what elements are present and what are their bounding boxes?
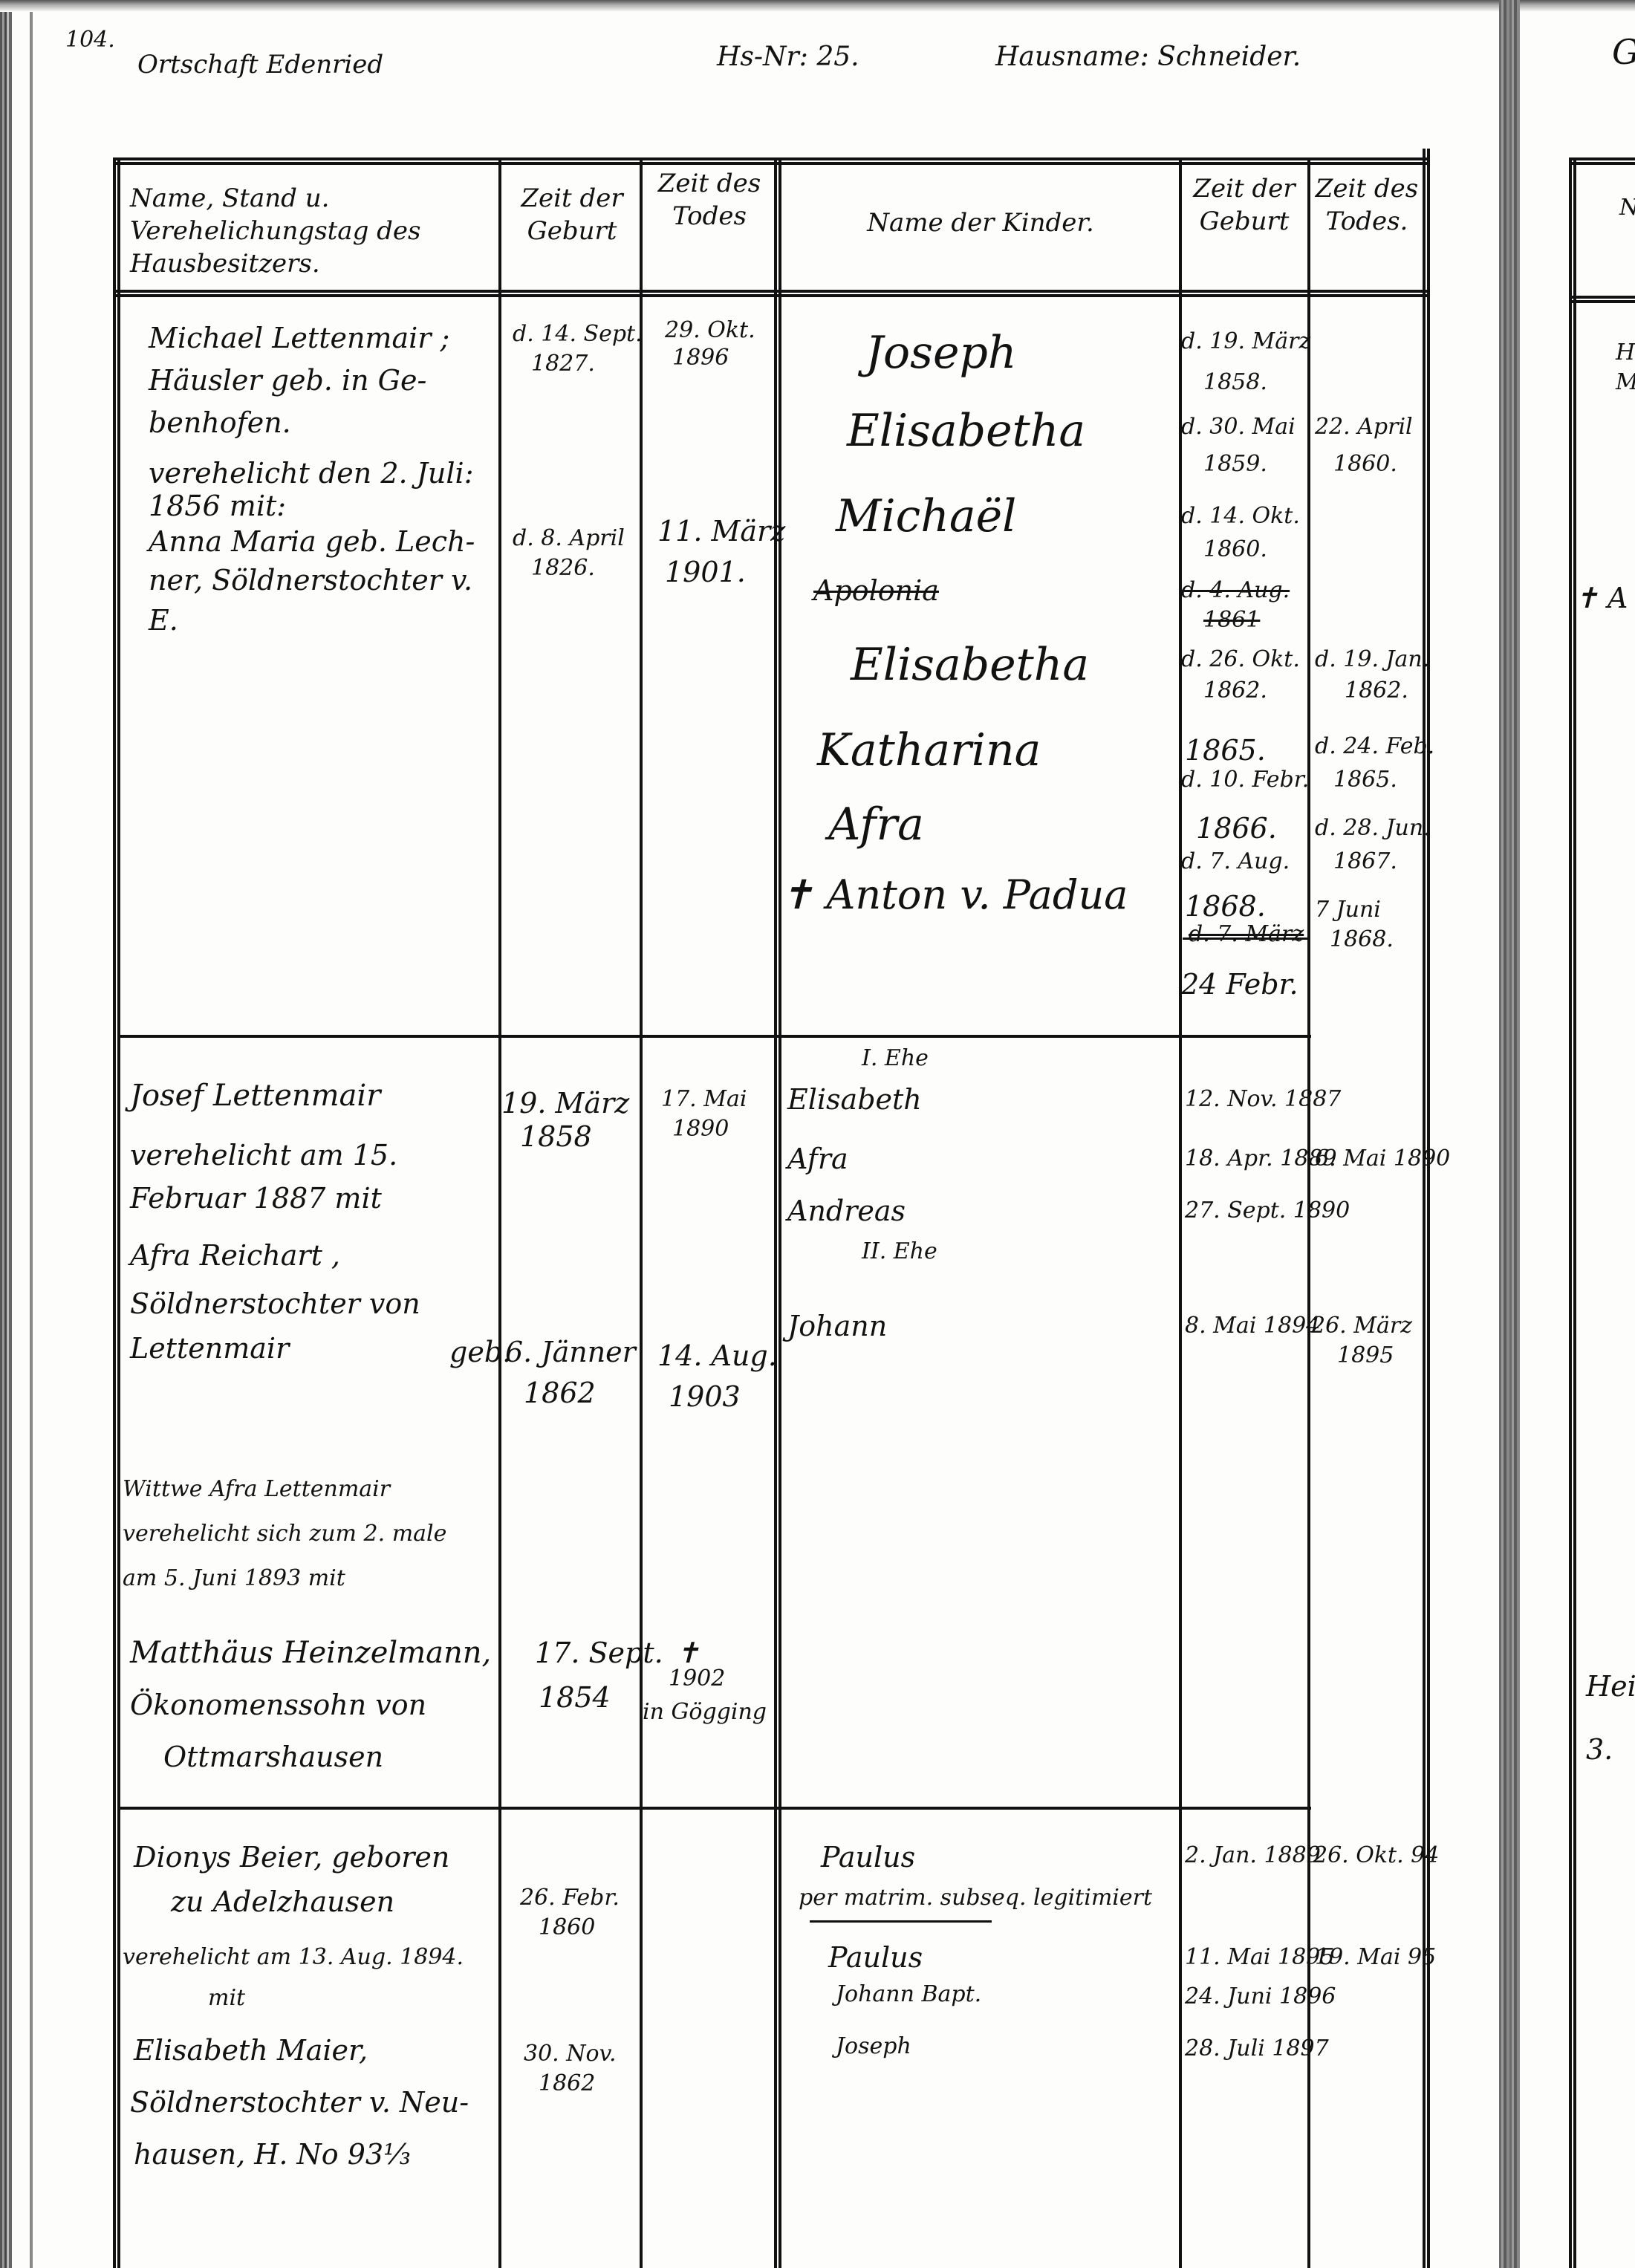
child-birth-year: 1865. bbox=[1185, 732, 1266, 769]
child-birth: 8. Mai 1894 bbox=[1185, 1311, 1320, 1341]
widow-line: verehelicht sich zum 2. male bbox=[123, 1519, 446, 1549]
child-name: Johann bbox=[787, 1307, 887, 1345]
marriage-label-1: I. Ehe bbox=[862, 1044, 929, 1073]
child-death: 6. Mai 1890 bbox=[1315, 1144, 1450, 1174]
child-name: Paulus bbox=[821, 1839, 915, 1876]
owner-death-year: 1890 bbox=[672, 1114, 729, 1144]
child-name-deceased: ✝ Anton v. Padua bbox=[780, 869, 1128, 921]
child-death: d. 19. Jan. bbox=[1315, 645, 1429, 675]
owner-line: zu Adelzhausen bbox=[171, 1883, 394, 1920]
spouse-birth-year: 1826. bbox=[531, 553, 595, 583]
spouse-death-year: 1901. bbox=[665, 553, 746, 591]
owner-line: verehelicht am 15. bbox=[130, 1137, 397, 1174]
spouse-line: Afra Reichart , bbox=[130, 1237, 340, 1274]
page-number: 104. bbox=[65, 25, 115, 55]
child-birth: d. 10. Febr. bbox=[1181, 765, 1309, 795]
child-death: 22. April bbox=[1315, 412, 1413, 442]
child-birth-year: 1859. bbox=[1203, 449, 1267, 479]
child-death-year: 1867. bbox=[1333, 847, 1397, 877]
owner-birth-year: 1860 bbox=[539, 1913, 595, 1943]
child-birth: 11. Mai 1895 bbox=[1185, 1943, 1334, 1972]
child-name-struck: Apolonia bbox=[813, 572, 939, 609]
header-owner-death: Zeit des Todes bbox=[654, 167, 765, 233]
col-line-3 bbox=[774, 157, 781, 2268]
child-name: Andreas bbox=[787, 1192, 906, 1229]
next-header-border bbox=[1572, 296, 1635, 303]
scan-top-shadow bbox=[0, 0, 1635, 12]
child-birth-year: 1862. bbox=[1203, 676, 1267, 706]
owner-birth: 26. Febr. bbox=[520, 1883, 620, 1913]
owner-line: Häusler geb. in Ge- bbox=[149, 362, 426, 399]
owner-line: mit bbox=[208, 1983, 245, 2013]
child-death-year: 1895 bbox=[1337, 1341, 1394, 1371]
house-name: Hausname: Schneider. bbox=[995, 39, 1301, 76]
widow-line: am 5. Juni 1893 mit bbox=[123, 1564, 345, 1593]
child-birth: 27. Sept. 1890 bbox=[1185, 1196, 1350, 1226]
spouse-birth-year: 1862 bbox=[524, 1374, 596, 1411]
child-birth-year: 1860. bbox=[1203, 535, 1267, 565]
owner-line: verehelicht am 13. Aug. 1894. bbox=[123, 1943, 464, 1972]
next-page-text: 3. bbox=[1586, 1731, 1613, 1768]
page-edge-line bbox=[30, 0, 33, 2268]
child-birth: d. 19. März bbox=[1181, 327, 1310, 357]
owner-death: 29. Okt. bbox=[665, 316, 755, 345]
owner-birth: 19. März bbox=[501, 1085, 629, 1122]
owner-line: Februar 1887 mit bbox=[130, 1180, 382, 1217]
child-birth-struck: d. 4. Aug. bbox=[1181, 576, 1290, 605]
child-birth: 2. Jan. 1889 bbox=[1185, 1841, 1321, 1871]
table-top-border bbox=[113, 157, 1430, 165]
locality: Ortschaft Edenried bbox=[137, 46, 383, 83]
child-name: Elisabeth bbox=[787, 1081, 922, 1118]
spouse-line: Söldnerstochter v. Neu- bbox=[130, 2084, 469, 2121]
next-page-text: Hein bbox=[1586, 1668, 1635, 1705]
owner-line: Dionys Beier, geboren bbox=[134, 1839, 449, 1876]
child-death-year: 1860. bbox=[1333, 449, 1397, 479]
col-line-4 bbox=[1179, 157, 1182, 2268]
second-husband-birth: 17. Sept. bbox=[535, 1634, 663, 1671]
widow-line: Wittwe Afra Lettenmair bbox=[123, 1475, 390, 1504]
child-death: d. 24. Feb. bbox=[1315, 732, 1434, 761]
child-birth: 24. Juni 1896 bbox=[1185, 1982, 1336, 2012]
owner-birth-year: 1858 bbox=[520, 1118, 592, 1155]
owner-birth-year: 1827. bbox=[531, 349, 595, 379]
second-husband-death-year: 1902 bbox=[669, 1664, 725, 1694]
child-birth: 18. Apr. 1889 bbox=[1185, 1144, 1337, 1174]
owner-line: benhofen. bbox=[149, 404, 291, 441]
next-page-text: Ge bbox=[1612, 33, 1635, 71]
header-children: Name der Kinder. bbox=[787, 207, 1174, 239]
child-name: Johann Bapt. bbox=[836, 1980, 981, 2009]
header-owner: Name, Stand u. Verehelichungstag des Hau… bbox=[130, 182, 494, 280]
spouse-birth: d. 8. April bbox=[513, 524, 625, 553]
spouse-death: 14. Aug. bbox=[657, 1337, 777, 1374]
child-name: Elisabetha bbox=[847, 405, 1085, 457]
child-name: Elisabetha bbox=[851, 639, 1089, 691]
spouse-birth: 30. Nov. bbox=[524, 2039, 616, 2069]
book-gutter bbox=[1499, 0, 1520, 2268]
marriage-label-2: II. Ehe bbox=[862, 1237, 937, 1267]
owner-birth: d. 14. Sept. bbox=[513, 319, 643, 349]
legitimation-underline bbox=[810, 1920, 992, 1923]
spouse-birth-year: 1862 bbox=[539, 2069, 595, 2099]
child-death-year: 1868. bbox=[1330, 925, 1394, 955]
spouse-birth: 6. Jänner bbox=[505, 1333, 636, 1371]
spouse-death: 11. März bbox=[657, 513, 785, 550]
child-birth: 28. Juli 1897 bbox=[1185, 2034, 1329, 2064]
header-child-death: Zeit des Todes. bbox=[1315, 172, 1419, 238]
owner-line: verehelicht den 2. Juli: bbox=[149, 455, 474, 492]
owner-death-year: 1896 bbox=[672, 343, 729, 373]
child-birth: d. 30. Mai bbox=[1181, 412, 1296, 442]
header-bottom-border bbox=[113, 290, 1430, 297]
house-number: Hs-Nr: 25. bbox=[717, 39, 859, 76]
owner-death: 17. Mai bbox=[661, 1085, 747, 1114]
second-husband-death-place: in Gögging bbox=[643, 1697, 767, 1727]
child-death: 26. Okt. 94 bbox=[1313, 1841, 1439, 1871]
child-birth: 12. Nov. 1887 bbox=[1185, 1085, 1341, 1114]
spouse-line: Söldnerstochter von bbox=[130, 1285, 420, 1322]
child-birth-year: 1858. bbox=[1203, 368, 1267, 397]
child-death: 26. März bbox=[1311, 1311, 1412, 1341]
next-table-top-border bbox=[1572, 157, 1635, 165]
child-death: 19. Mai 95 bbox=[1315, 1943, 1436, 1972]
next-table-left-border bbox=[1569, 157, 1576, 2268]
child-death: 7 Juni bbox=[1315, 895, 1381, 925]
child-name: Afra bbox=[787, 1140, 848, 1177]
header-child-birth: Zeit der Geburt bbox=[1189, 172, 1300, 238]
second-husband-line: Ottmarshausen bbox=[163, 1738, 383, 1775]
col-line-1 bbox=[498, 157, 501, 2268]
owner-line: 1856 mit: bbox=[149, 487, 286, 524]
next-page-text: H bbox=[1616, 338, 1635, 368]
second-husband-line: Matthäus Heinzelmann, bbox=[130, 1634, 491, 1671]
child-birth: d. 26. Okt. bbox=[1181, 645, 1300, 675]
child-name: Paulus bbox=[828, 1939, 923, 1976]
spouse-line: hausen, H. No 93⅓ bbox=[134, 2136, 411, 2173]
child-birth-year-struck: 1861 bbox=[1203, 605, 1260, 635]
col-line-2 bbox=[640, 157, 643, 2268]
spouse-line: Lettenmair bbox=[130, 1330, 289, 1367]
child-birth-struck: d. 7. März bbox=[1189, 920, 1304, 949]
row-separator-2 bbox=[119, 1807, 1311, 1810]
child-death-year: 1862. bbox=[1345, 676, 1408, 706]
legitimation-note: per matrim. subseq. legitimiert bbox=[799, 1883, 1152, 1913]
row-separator-1 bbox=[119, 1035, 1311, 1038]
child-name: Afra bbox=[828, 799, 924, 851]
spouse-birth-prefix: geb. bbox=[449, 1333, 511, 1371]
spouse-line: Anna Maria geb. Lech- bbox=[149, 523, 475, 560]
child-birth: d. 7. Aug. bbox=[1181, 847, 1290, 877]
header-owner-birth: Zeit der Geburt bbox=[513, 182, 631, 247]
child-name: Katharina bbox=[817, 724, 1041, 776]
next-page-text: N bbox=[1619, 193, 1635, 223]
spouse-line: ner, Söldnerstochter v. bbox=[149, 562, 472, 599]
child-birth-correction: 24 Febr. bbox=[1181, 966, 1298, 1003]
second-husband-line: Ökonomenssohn von bbox=[130, 1686, 426, 1723]
child-death-year: 1865. bbox=[1333, 765, 1397, 795]
next-page-text: Ma bbox=[1616, 368, 1635, 397]
spouse-line: Elisabeth Maier, bbox=[134, 2032, 368, 2069]
child-death: d. 28. Jun. bbox=[1315, 813, 1431, 843]
child-birth: d. 14. Okt. bbox=[1181, 501, 1300, 531]
table-left-border bbox=[113, 157, 120, 2268]
spouse-line: E. bbox=[149, 602, 178, 639]
spouse-death-year: 1903 bbox=[669, 1378, 741, 1415]
child-name: Joseph bbox=[836, 2032, 911, 2061]
second-husband-birth-year: 1854 bbox=[539, 1679, 611, 1716]
owner-line: Josef Lettenmair bbox=[130, 1077, 380, 1114]
child-name: Joseph bbox=[865, 327, 1017, 379]
child-birth-year: 1866. bbox=[1196, 810, 1277, 847]
owner-line: Michael Lettenmair ; bbox=[149, 319, 449, 357]
child-name: Michaël bbox=[836, 490, 1016, 542]
next-page-text: ✝ A bbox=[1575, 579, 1628, 617]
book-binding-edge bbox=[0, 0, 12, 2268]
